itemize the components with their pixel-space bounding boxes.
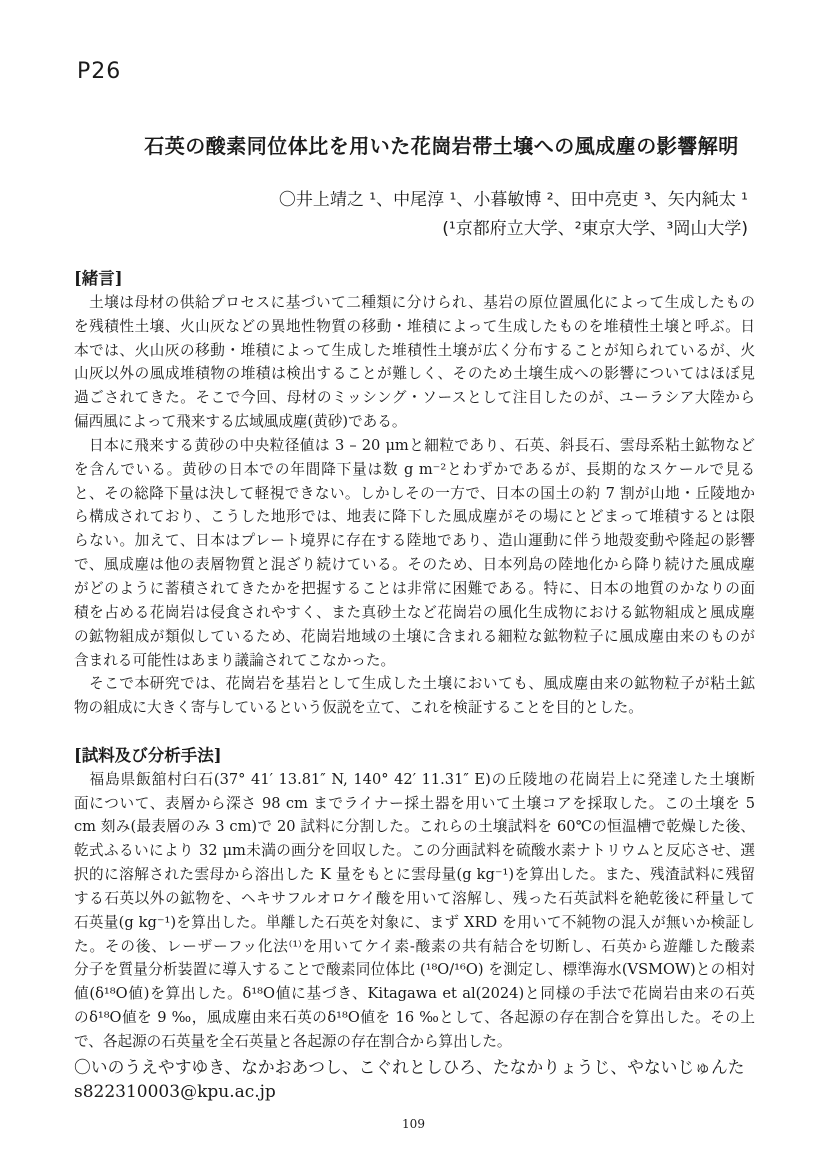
text-line: 乾式ふるいにより 32 μm未満の画分を回収した。この分画試料を硫酸水素ナトリウ…	[74, 839, 755, 863]
author-block: 〇井上靖之 ¹、中尾淳 ¹、小暮敏博 ²、田中亮吏 ³、矢内純太 ¹ (¹京都府…	[74, 186, 748, 244]
authors-line: 〇井上靖之 ¹、中尾淳 ¹、小暮敏博 ²、田中亮吏 ³、矢内純太 ¹	[74, 186, 748, 215]
text-line: [試料及び分析手法]	[74, 744, 755, 768]
text-line: 択的に溶解された雲母から溶出した K 量をもとに雲母量(g kg⁻¹)を算出した…	[74, 863, 755, 887]
text-line: た。その後、レーザーフッ化法⁽¹⁾を用いてケイ素‐酸素の共有結合を切断し、石英か…	[74, 935, 755, 959]
text-line: 土壌は母材の供給プロセスに基づいて二種類に分けられ、基岩の原位置風化によって生成…	[74, 291, 755, 315]
text-line: 本では、火山灰の移動・堆積によって生成した堆積性土壌が広く分布することが知られて…	[74, 339, 755, 363]
text-line: ら構成されており、こうした地形では、地表に降下した風成塵がその場にとどまって堆積…	[74, 505, 755, 529]
text-line: [緒言]	[74, 267, 755, 291]
text-line: 物の組成に大きく寄与しているという仮説を立て、これを検証することを目的とした。	[74, 696, 755, 720]
text-line: 含まれる可能性はあまり議論されてこなかった。	[74, 649, 755, 673]
affiliations-line: (¹京都府立大学、²東京大学、³岡山大学)	[74, 215, 748, 244]
text-line: を含んでいる。黄砂の日本での年間降下量は数 g m⁻²とわずかであるが、長期的な…	[74, 458, 755, 482]
text-line: 石英量(g kg⁻¹)を算出した。単離した石英を対象に、まず XRD を用いて不…	[74, 911, 755, 935]
text-line: 分子を質量分析装置に導入することで酸素同位体比 (¹⁸O/¹⁶O) を測定し、標…	[74, 958, 755, 982]
text-line: 積を占める花崗岩は侵食されやすく、また真砂土など花崗岩の風化生成物における鉱物組…	[74, 601, 755, 625]
email-address: s822310003@kpu.ac.jp	[74, 1082, 276, 1102]
text-line: を残積性土壌、火山灰などの異地性物質の移動・堆積によって生成したものを堆積性土壌…	[74, 315, 755, 339]
text-line: のδ¹⁸O値を 9 ‰，風成塵由来石英のδ¹⁸O値を 16 ‰として、各起源の存…	[74, 1006, 755, 1030]
footer-authors-kana: 〇いのうえやすゆき、なかおあつし、こぐれとしひろ、たなかりょうじ、やないじゅんた	[74, 1054, 764, 1078]
text-line: 値(δ¹⁸O値)を算出した。δ¹⁸O値に基づき、Kitagawa et al(2…	[74, 982, 755, 1006]
text-line: する石英以外の鉱物を、ヘキサフルオロケイ酸を用いて溶解し、残った石英試料を絶乾後…	[74, 887, 755, 911]
text-line: の鉱物組成が類似しているため、花崗岩地域の土壌に含まれる細粒な鉱物粒子に風成塵由…	[74, 625, 755, 649]
abstract-page: P26 石英の酸素同位体比を用いた花崗岩帯土壌への風成塵の影響解明 〇井上靖之 …	[0, 0, 827, 1170]
text-line: 過ごされてきた。そこで今回、母材のミッシング・ソースとして注目したのが、ユーラシ…	[74, 386, 755, 410]
paper-title: 石英の酸素同位体比を用いた花崗岩帯土壌への風成塵の影響解明	[56, 130, 827, 159]
text-line: そこで本研究では、花崗岩を基岩として生成した土壌においても、風成塵由来の鉱物粒子…	[74, 672, 755, 696]
text-line	[74, 720, 755, 744]
text-line: 日本に飛来する黄砂の中央粒径値は 3 – 20 μmと細粒であり、石英、斜長石、…	[74, 434, 755, 458]
text-line: 福島県飯舘村臼石(37° 41′ 13.81″ N, 140° 42′ 11.3…	[74, 768, 755, 792]
text-line: cm 刻み(最表層のみ 3 cm)で 20 試料に分割した。これらの土壌試料を …	[74, 815, 755, 839]
poster-code: P26	[77, 59, 121, 84]
text-line: で、風成塵は他の表層物質と混ざり続けている。そのため、日本列島の陸地化から降り続…	[74, 553, 755, 577]
page-number: 109	[0, 1117, 827, 1131]
text-line: と、その総降下量は決して軽視できない。しかしその一方で、日本の国土の約 7 割が…	[74, 482, 755, 506]
text-line: 面について、表層から深さ 98 cm までライナー採土器を用いて土壌コアを採取し…	[74, 792, 755, 816]
document-body: [緒言] 土壌は母材の供給プロセスに基づいて二種類に分けられ、基岩の原位置風化に…	[74, 267, 755, 1054]
text-line: らない。加えて、日本はプレート境界に存在する陸地であり、造山運動に伴う地殻変動や…	[74, 529, 755, 553]
text-line: で、各起源の石英量を全石英量と各起源の存在割合から算出した。	[74, 1030, 755, 1054]
text-line: がどのように蓄積されてきたかを把握することは非常に困難である。特に、日本の地質の…	[74, 577, 755, 601]
text-line: 偏西風によって飛来する広域風成塵(黄砂)である。	[74, 410, 755, 434]
text-line: 山灰以外の風成堆積物の堆積は検出することが難しく、そのため土壌生成への影響につい…	[74, 362, 755, 386]
